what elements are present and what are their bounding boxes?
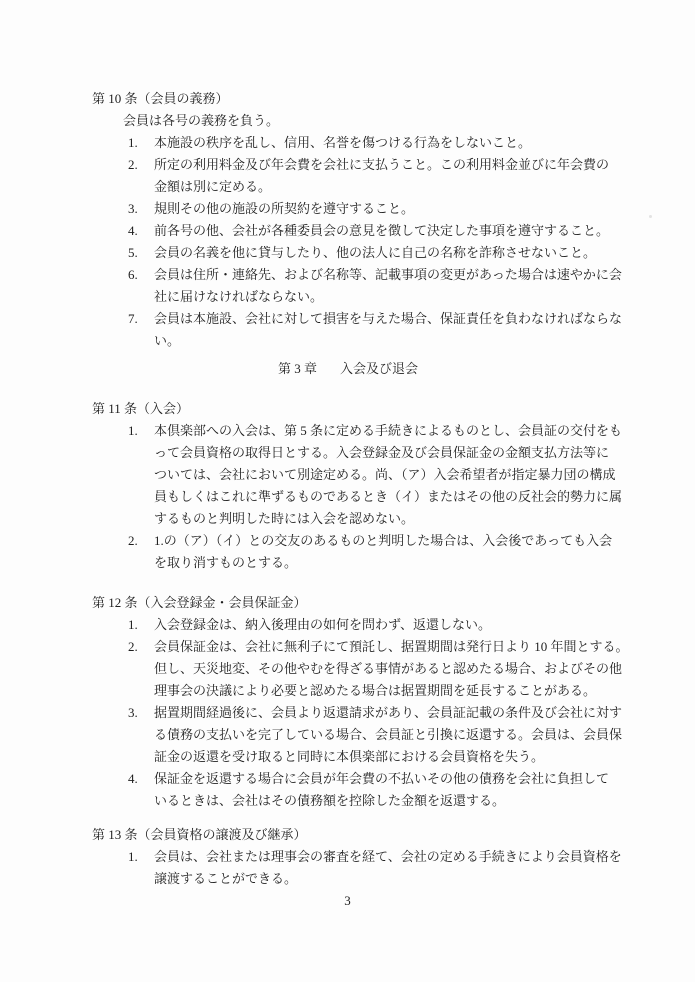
item-line: 社に届けなければならない。 — [154, 286, 622, 308]
page-number: 3 — [0, 890, 695, 912]
list-item: 5.会員の名義を他に貸与したり、他の法人に自己の名称を詐称させないこと。 — [0, 242, 695, 264]
item-number: 1. — [128, 614, 154, 636]
item-number: 1. — [128, 132, 154, 154]
list-item: 1.本倶楽部への入会は、第 5 条に定める手続きによるものとし、会員証の交付をも… — [0, 420, 695, 530]
item-line: 据置期間経過後に、会員より返還請求があり、会員証記載の条件及び会社に対す — [154, 702, 622, 724]
list-item: 2.1.の（ア）（イ）との交友のあるものと判明した場合は、入会後であっても入会を… — [0, 530, 695, 574]
item-line: 会員保証金は、会社に無利子にて預託し、据置期間は発行日より 10 年間とする。 — [154, 636, 629, 658]
item-line: 会員は本施設、会社に対して損害を与えた場合、保証責任を負わなければならな — [154, 308, 622, 330]
item-line: 本施設の秩序を乱し、信用、名誉を傷つける行為をしないこと。 — [154, 132, 531, 154]
item-number: 4. — [128, 220, 154, 242]
item-number: 2. — [128, 530, 154, 574]
article-heading: 第 12 条（入会登録金・会員保証金） — [0, 592, 695, 614]
article-heading: 第 10 条（会員の義務） — [0, 88, 695, 110]
document-page: 第 10 条（会員の義務）会員は各号の義務を負う。1.本施設の秩序を乱し、信用、… — [0, 0, 695, 982]
item-line: 会員の名義を他に貸与したり、他の法人に自己の名称を詐称させないこと。 — [154, 242, 596, 264]
list-item: 4.前各号の他、会社が各種委員会の意見を徴して決定した事項を遵守すること。 — [0, 220, 695, 242]
article-heading: 第 11 条（入会） — [0, 398, 695, 420]
item-lines: 前各号の他、会社が各種委員会の意見を徴して決定した事項を遵守すること。 — [154, 220, 609, 242]
item-lines: 会員は、会社または理事会の審査を経て、会社の定める手続きにより会員資格を譲渡する… — [154, 846, 622, 890]
item-line: 入会登録金は、納入後理由の如何を問わず、返還しない。 — [154, 614, 491, 636]
list-item: 2.所定の利用料金及び年会費を会社に支払うこと。この利用料金並びに年会費の金額は… — [0, 154, 695, 198]
item-line: 規則その他の施設の所契約を遵守すること。 — [154, 198, 414, 220]
item-line: 会員は、会社または理事会の審査を経て、会社の定める手続きにより会員資格を — [154, 846, 622, 868]
item-lines: 据置期間経過後に、会員より返還請求があり、会員証記載の条件及び会社に対する債務の… — [154, 702, 622, 768]
list-item: 4.保証金を返還する場合に会員が年会費の不払いその他の債務を会社に負担していると… — [0, 768, 695, 812]
item-line: 所定の利用料金及び年会費を会社に支払うこと。この利用料金並びに年会費の — [154, 154, 609, 176]
item-line: するものと判明した時には入会を認めない。 — [154, 508, 622, 530]
chapter-title: 入会及び退会 — [340, 361, 418, 376]
item-line: る債務の支払いを完了している場合、会員証と引換に返還する。会員は、会員保 — [154, 724, 622, 746]
item-line: い。 — [154, 330, 622, 352]
article-heading: 第 13 条（会員資格の譲渡及び継承） — [0, 824, 695, 846]
item-number: 3. — [128, 702, 154, 768]
list-item: 2.会員保証金は、会社に無利子にて預託し、据置期間は発行日より 10 年間とする… — [0, 636, 695, 702]
item-number: 2. — [128, 154, 154, 198]
item-lines: 本施設の秩序を乱し、信用、名誉を傷つける行為をしないこと。 — [154, 132, 531, 154]
item-line: 1.の（ア）（イ）との交友のあるものと判明した場合は、入会後であっても入会 — [154, 530, 612, 552]
item-line: を取り消すものとする。 — [154, 552, 612, 574]
item-lines: 本倶楽部への入会は、第 5 条に定める手続きによるものとし、会員証の交付をもって… — [154, 420, 622, 530]
item-lines: 会員の名義を他に貸与したり、他の法人に自己の名称を詐称させないこと。 — [154, 242, 596, 264]
list-item: 1.本施設の秩序を乱し、信用、名誉を傷つける行為をしないこと。 — [0, 132, 695, 154]
article: 第 11 条（入会）1.本倶楽部への入会は、第 5 条に定める手続きによるものと… — [0, 398, 695, 574]
item-lines: 会員は本施設、会社に対して損害を与えた場合、保証責任を負わなければならない。 — [154, 308, 622, 352]
item-line: 前各号の他、会社が各種委員会の意見を徴して決定した事項を遵守すること。 — [154, 220, 609, 242]
item-line: 会員は住所・連絡先、および名称等、記載事項の変更があった場合は速やかに会 — [154, 264, 622, 286]
list-item: 3.据置期間経過後に、会員より返還請求があり、会員証記載の条件及び会社に対する債… — [0, 702, 695, 768]
article: 第 13 条（会員資格の譲渡及び継承）1.会員は、会社または理事会の審査を経て、… — [0, 824, 695, 890]
item-number: 1. — [128, 846, 154, 890]
item-line: ついては、会社において別途定める。尚、（ア）入会希望者が指定暴力団の構成 — [154, 464, 622, 486]
article: 第 10 条（会員の義務）会員は各号の義務を負う。1.本施設の秩序を乱し、信用、… — [0, 88, 695, 352]
article-intro: 会員は各号の義務を負う。 — [0, 110, 695, 132]
list-item: 1.入会登録金は、納入後理由の如何を問わず、返還しない。 — [0, 614, 695, 636]
item-lines: 会員保証金は、会社に無利子にて預託し、据置期間は発行日より 10 年間とする。但… — [154, 636, 629, 702]
scan-speck — [649, 215, 652, 218]
item-lines: 所定の利用料金及び年会費を会社に支払うこと。この利用料金並びに年会費の金額は別に… — [154, 154, 609, 198]
chapter-label: 第 3 章 — [278, 361, 317, 376]
chapter-heading: 第 3 章入会及び退会 — [0, 358, 695, 380]
item-lines: 会員は住所・連絡先、および名称等、記載事項の変更があった場合は速やかに会社に届け… — [154, 264, 622, 308]
item-lines: 保証金を返還する場合に会員が年会費の不払いその他の債務を会社に負担しているときは… — [154, 768, 609, 812]
list-item: 1.会員は、会社または理事会の審査を経て、会社の定める手続きにより会員資格を譲渡… — [0, 846, 695, 890]
item-number: 5. — [128, 242, 154, 264]
item-line: 証金の返還を受け取ると同時に本倶楽部における会員資格を失う。 — [154, 746, 622, 768]
item-number: 4. — [128, 768, 154, 812]
list-item: 3.規則その他の施設の所契約を遵守すること。 — [0, 198, 695, 220]
item-line: いるときは、会社はその債務額を控除した金額を返還する。 — [154, 790, 609, 812]
list-item: 7.会員は本施設、会社に対して損害を与えた場合、保証責任を負わなければならない。 — [0, 308, 695, 352]
document-body: 第 10 条（会員の義務）会員は各号の義務を負う。1.本施設の秩序を乱し、信用、… — [0, 0, 695, 890]
item-line: 保証金を返還する場合に会員が年会費の不払いその他の債務を会社に負担して — [154, 768, 609, 790]
item-line: 本倶楽部への入会は、第 5 条に定める手続きによるものとし、会員証の交付をも — [154, 420, 622, 442]
item-number: 1. — [128, 420, 154, 530]
item-number: 6. — [128, 264, 154, 308]
item-line: 譲渡することができる。 — [154, 868, 622, 890]
item-line: 金額は別に定める。 — [154, 176, 609, 198]
item-line: って会員資格の取得日とする。入会登録金及び会員保証金の金額支払方法等に — [154, 442, 622, 464]
article: 第 12 条（入会登録金・会員保証金）1.入会登録金は、納入後理由の如何を問わず… — [0, 592, 695, 812]
item-line: 但し、天災地変、その他やむを得ざる事情があると認めたる場合、およびその他 — [154, 658, 629, 680]
item-lines: 規則その他の施設の所契約を遵守すること。 — [154, 198, 414, 220]
item-number: 7. — [128, 308, 154, 352]
list-item: 6.会員は住所・連絡先、および名称等、記載事項の変更があった場合は速やかに会社に… — [0, 264, 695, 308]
item-line: 員もしくはこれに準ずるものであるとき（イ）またはその他の反社会的勢力に属 — [154, 486, 622, 508]
item-number: 2. — [128, 636, 154, 702]
item-number: 3. — [128, 198, 154, 220]
item-line: 理事会の決議により必要と認めたる場合は据置期間を延長することがある。 — [154, 680, 629, 702]
item-lines: 1.の（ア）（イ）との交友のあるものと判明した場合は、入会後であっても入会を取り… — [154, 530, 612, 574]
item-lines: 入会登録金は、納入後理由の如何を問わず、返還しない。 — [154, 614, 491, 636]
